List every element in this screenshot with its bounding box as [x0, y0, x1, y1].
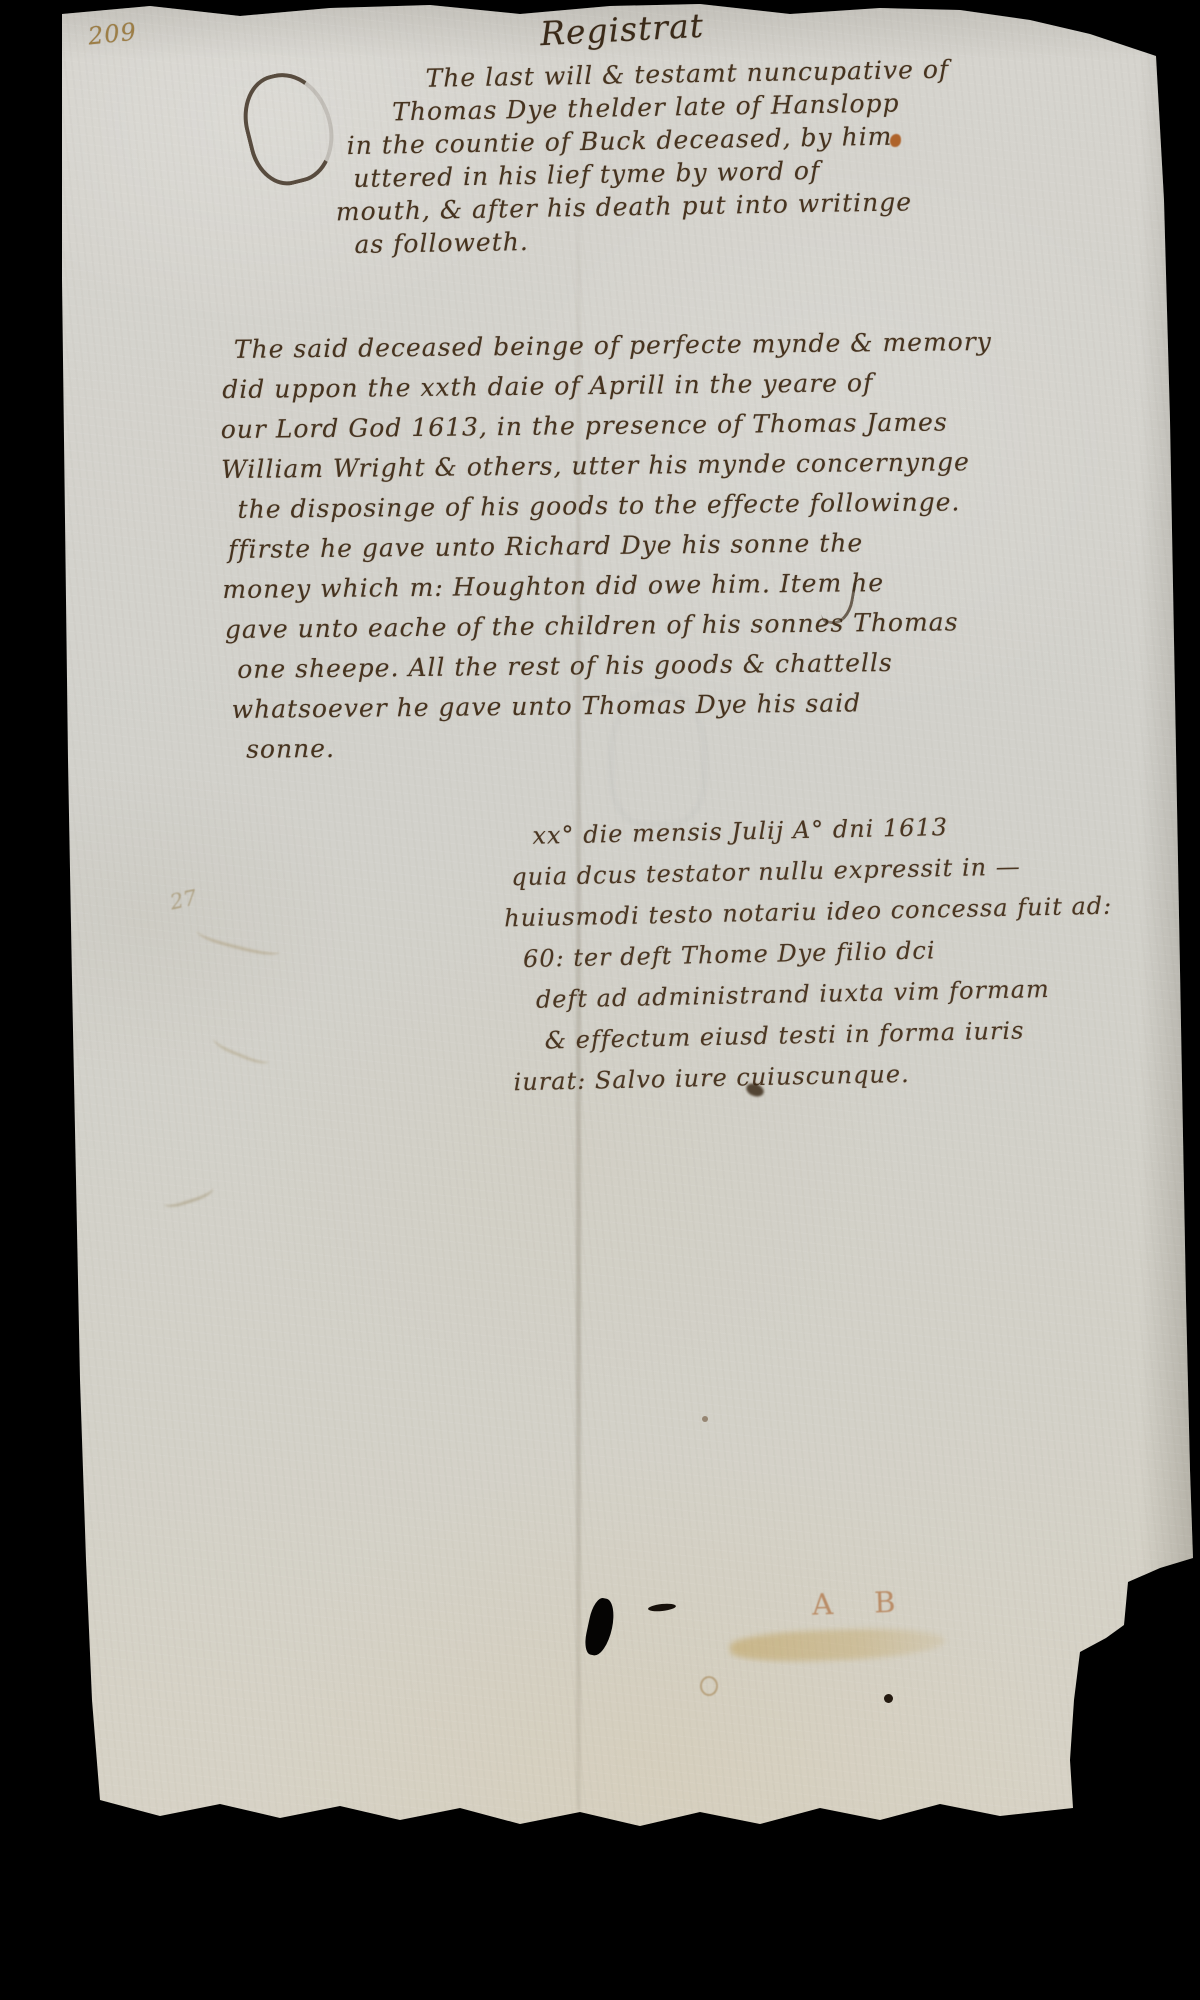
will-preamble: The last will & testamt nuncupative of T… [333, 53, 952, 262]
manuscript-line: the disposinge of his goods to the effec… [221, 482, 993, 530]
faint-margin-scribble [195, 920, 283, 959]
manuscript-paper: 209 Registrat The last will & testamt nu… [0, 0, 1200, 2000]
registrat-heading: Registrat [539, 6, 705, 54]
faint-margin-scribble [161, 1178, 216, 1210]
latin-probate-clause: xx° die mensis Julij A° dni 1613 quia dc… [502, 804, 1116, 1104]
faded-illegible-stamp [730, 1626, 946, 1663]
small-stain-spot [702, 1416, 708, 1422]
paper-hole [582, 1596, 618, 1658]
folio-number: 209 [87, 18, 138, 51]
faint-margin-note: 27 [168, 885, 199, 914]
dark-spot [884, 1694, 893, 1703]
initial-letter-flourish [234, 63, 345, 192]
manuscript-line: The said deceased beinge of perfecte myn… [220, 322, 992, 370]
faint-margin-scribble [211, 1029, 273, 1067]
manuscript-line: sonne. [224, 722, 996, 770]
manuscript-line: one sheepe. All the rest of his goods & … [223, 642, 995, 690]
photograph-stage: 209 Registrat The last will & testamt nu… [0, 0, 1200, 2000]
will-body-text: The said deceased beinge of perfecte myn… [220, 322, 997, 770]
initials-stamp: A B [811, 1584, 912, 1621]
dark-dash-mark [648, 1603, 677, 1613]
faded-ring-mark [700, 1676, 718, 1696]
